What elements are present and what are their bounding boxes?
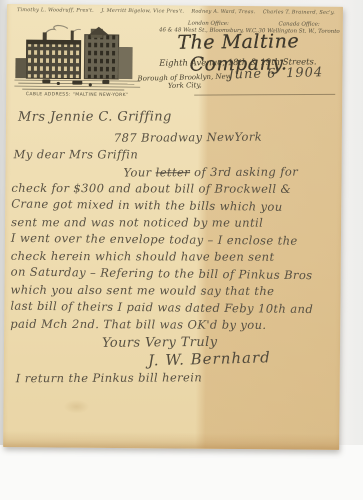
borough-line: Borough of Brooklyn, New York City, xyxy=(134,72,235,91)
opening-prefix: Your xyxy=(124,165,156,179)
letter-line: paid Mch 2nd. That bill was OK'd by you. xyxy=(10,316,334,334)
postscript-line: I return the Pinkus bill herein xyxy=(16,368,334,388)
letter-line-opening: Your letter of 3rd asking for xyxy=(123,163,335,181)
aged-bottom-shading xyxy=(3,431,339,450)
handwritten-date: June 6' 1904 xyxy=(228,65,323,82)
salutation: My dear Mrs Griffin xyxy=(14,145,336,164)
date-underline xyxy=(194,94,335,96)
paper-stain xyxy=(63,400,89,414)
signature: J. W. Bernhard xyxy=(148,347,334,370)
recipient-address: 787 Broadway NewYork xyxy=(114,127,336,147)
cable-address-caption: CABLE ADDRESS: “MALTINE NEW-YORK” xyxy=(14,92,140,99)
letter-body: Mrs Jennie C. Griffing 787 Broadway NewY… xyxy=(10,106,336,388)
officers-row: Timothy L. Woodruff, Pres't. J. Merritt … xyxy=(17,7,335,16)
factory-engraving-illustration xyxy=(14,24,141,91)
letter-paper: Timothy L. Woodruff, Pres't. J. Merritt … xyxy=(3,4,343,450)
officer-treasurer: Rodney A. Ward, Treas. xyxy=(191,9,255,16)
scanned-letter-page: { "letterhead": { "officers": [ "Timothy… xyxy=(0,0,363,500)
letter-line: sent me and was not noticed by me until xyxy=(11,214,335,232)
officer-president: Timothy L. Woodruff, Pres't. xyxy=(17,7,94,14)
struck-word: letter xyxy=(156,165,191,179)
officer-secretary: Charles T. Brainerd, Sec'y. xyxy=(263,9,335,16)
scanner-background xyxy=(0,445,363,500)
officer-vice-president: J. Merritt Bigelow, Vice Pres't. xyxy=(101,8,184,15)
recipient-name: Mrs Jennie C. Griffing xyxy=(18,107,336,128)
opening-suffix: of 3rd asking for xyxy=(190,165,298,180)
